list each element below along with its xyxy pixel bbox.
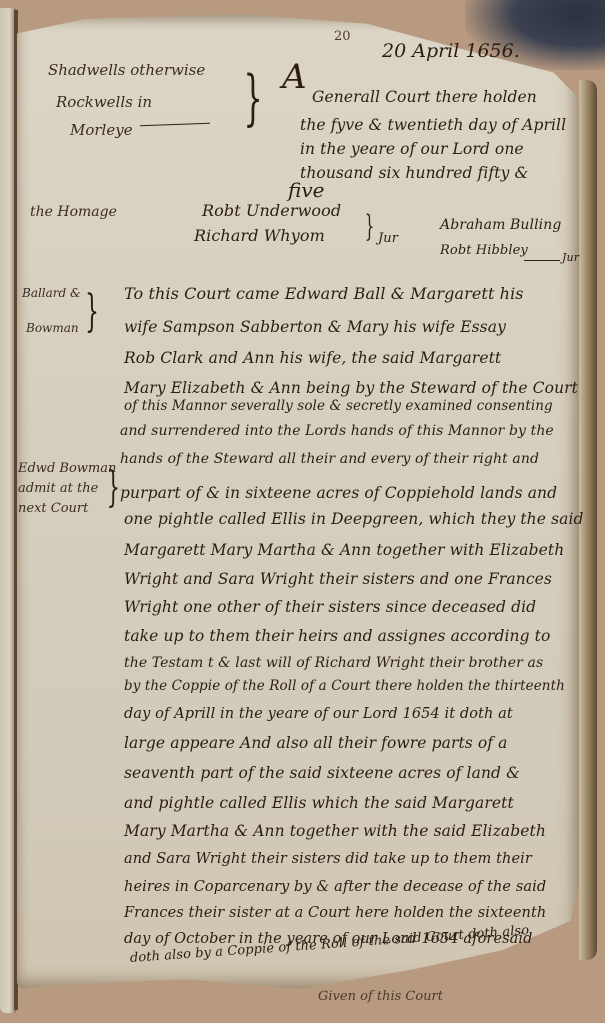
text-line: large appeare And also all their fowre p… (124, 736, 508, 752)
text-line: Wright and Sara Wright their sisters and… (124, 572, 552, 588)
page-number: 20 (334, 30, 351, 43)
text-line: and Sara Wright their sisters did take u… (124, 852, 532, 867)
text-line: Rob Clark and Ann his wife, the said Mar… (124, 351, 501, 367)
margin-rule (524, 260, 560, 261)
text-line: heires in Coparcenary by & after the dec… (124, 880, 546, 895)
date-heading: 20 April 1656. (382, 42, 520, 61)
closing-signature: Given of this Court (318, 990, 443, 1003)
text-line: To this Court came Edward Ball & Margare… (124, 286, 524, 302)
text-line: one pightle called Ellis in Deepgreen, w… (124, 512, 584, 528)
margin-note-homage: the Homage (30, 205, 117, 219)
brace-icon: } (244, 68, 263, 128)
text-line: wife Sampson Sabberton & Mary his wife E… (124, 320, 506, 336)
text-line: Wright one other of their sisters since … (124, 600, 536, 616)
text-line: of this Mannor severally sole & secretly… (124, 400, 553, 414)
brace-icon: } (107, 466, 120, 508)
jurati-label: Jur (378, 232, 398, 245)
brace-icon: } (365, 212, 375, 242)
juror-name: Robt Underwood (202, 203, 341, 219)
text-line: Mary Elizabeth & Ann being by the Stewar… (124, 381, 578, 397)
jurati-label: Jur (562, 252, 579, 263)
text-line: hands of the Steward all their and every… (120, 452, 539, 466)
text-line: and surrendered into the Lords hands of … (120, 424, 554, 438)
juror-name: Abraham Bulling (440, 218, 561, 232)
text-line: take up to them their heirs and assignes… (124, 629, 550, 645)
brace-icon: } (85, 290, 99, 334)
text-line: Mary Martha & Ann together with the said… (124, 824, 546, 840)
drop-initial: A (282, 60, 307, 94)
text-line: the Testam t & last will of Richard Wrig… (124, 656, 543, 670)
text-line: and pightle called Ellis which the said … (124, 796, 514, 812)
text-line: Margarett Mary Martha & Ann together wit… (124, 543, 564, 559)
text-line: seaventh part of the said sixteene acres… (124, 766, 520, 782)
juror-name: Robt Hibbley (440, 244, 528, 257)
juror-name: Richard Whyom (194, 228, 325, 244)
text-line: Frances their sister at a Court here hol… (124, 906, 546, 921)
text-line: purpart of & in sixteene acres of Coppie… (120, 486, 557, 502)
text-line: by the Coppie of the Roll of a Court the… (124, 680, 565, 694)
text-line: day of Aprill in the yeare of our Lord 1… (124, 707, 513, 722)
